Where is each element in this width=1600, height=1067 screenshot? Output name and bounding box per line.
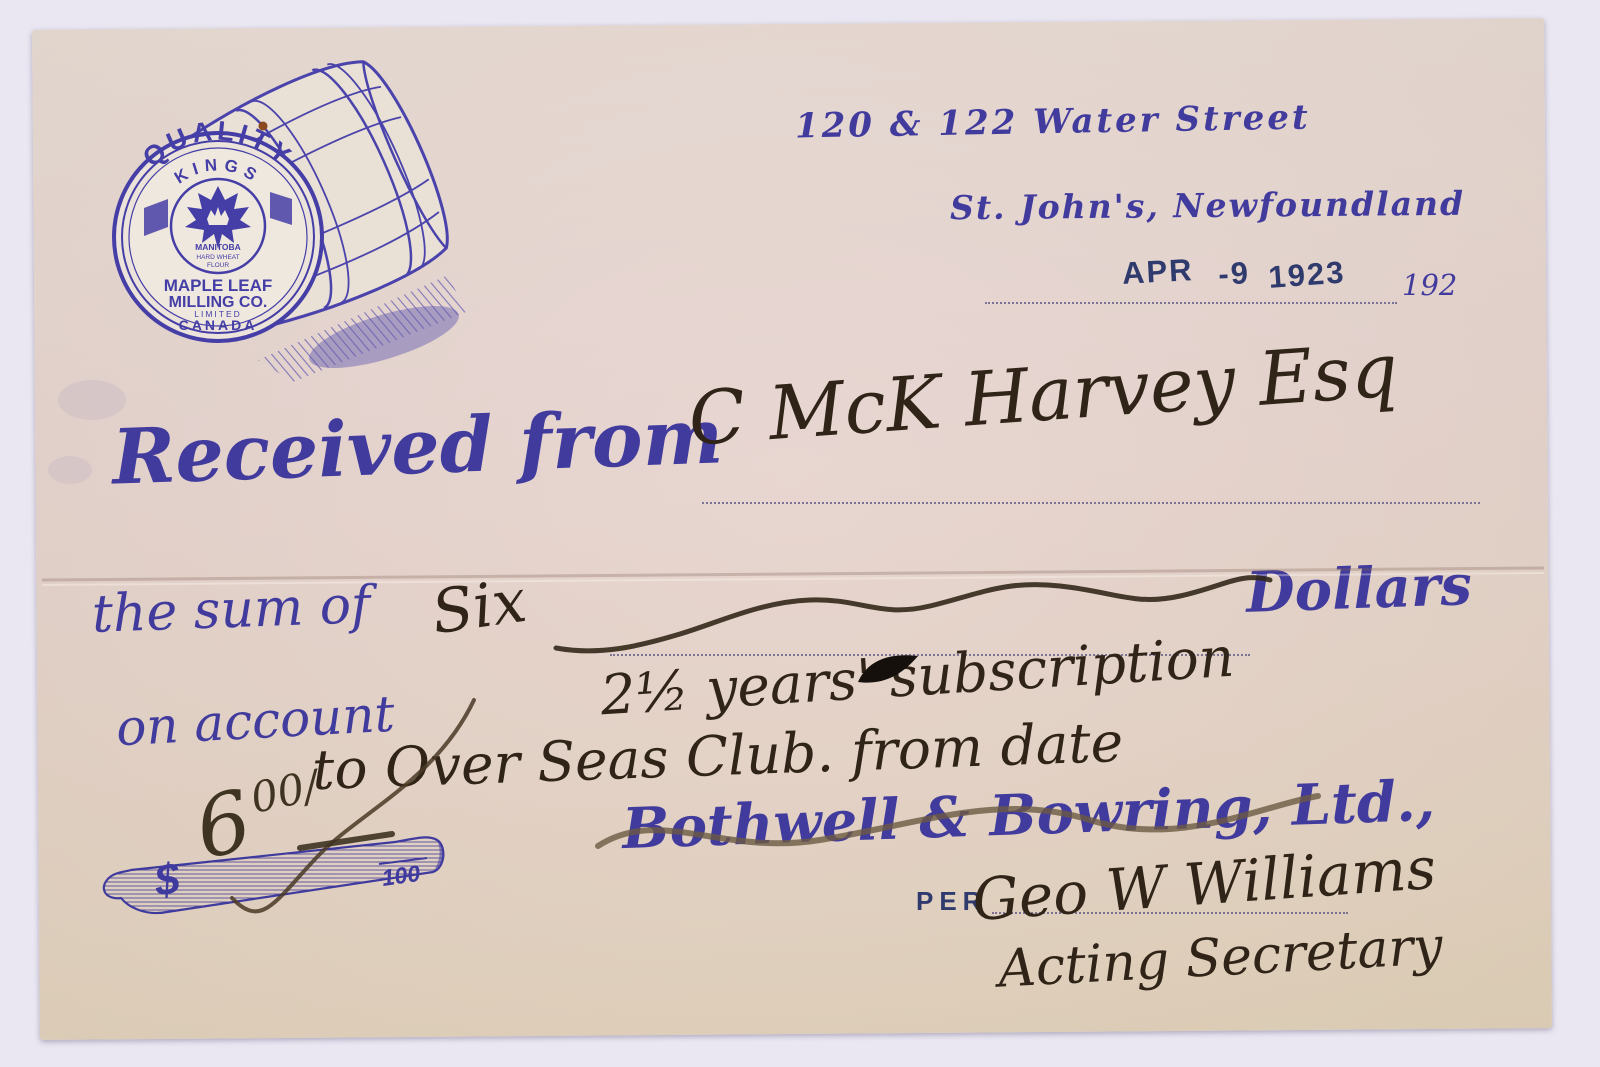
cents-denominator: 100 (380, 860, 422, 891)
date-dotted-line (985, 302, 1397, 304)
logo-company-line4: CANADA (179, 317, 258, 333)
maple-leaf-milling-barrel-logo: KINGS QUALITY MANITOBA HARD WHEAT FLOUR … (88, 60, 478, 390)
foxing-spot (259, 122, 268, 131)
sum-label: the sum of (91, 575, 371, 645)
logo-emblem-line2: HARD WHEAT (196, 254, 239, 261)
logo-emblem-line1: MANITOBA (195, 242, 241, 252)
city-line: St. John's, Newfoundland (950, 184, 1465, 227)
dollars-label: Dollars (1245, 552, 1473, 626)
received-from-dotted-line (702, 502, 1480, 504)
scanned-receipt-page: KINGS QUALITY MANITOBA HARD WHEAT FLOUR … (0, 0, 1600, 1067)
printed-year-prefix: 192 (1402, 268, 1457, 302)
date-stamp-day: -9 (1217, 255, 1250, 293)
logo-emblem-line3: FLOUR (207, 262, 229, 269)
date-stamp-month: APR (1121, 252, 1194, 291)
barrel-face-label: KINGS QUALITY MANITOBA HARD WHEAT FLOUR … (114, 115, 322, 341)
date-stamp-year: 1923 (1268, 255, 1347, 296)
logo-company-line1: MAPLE LEAF (164, 276, 273, 295)
sum-amount-handwriting: Six (428, 566, 531, 648)
written-amount-cents: 00/ (246, 761, 322, 823)
